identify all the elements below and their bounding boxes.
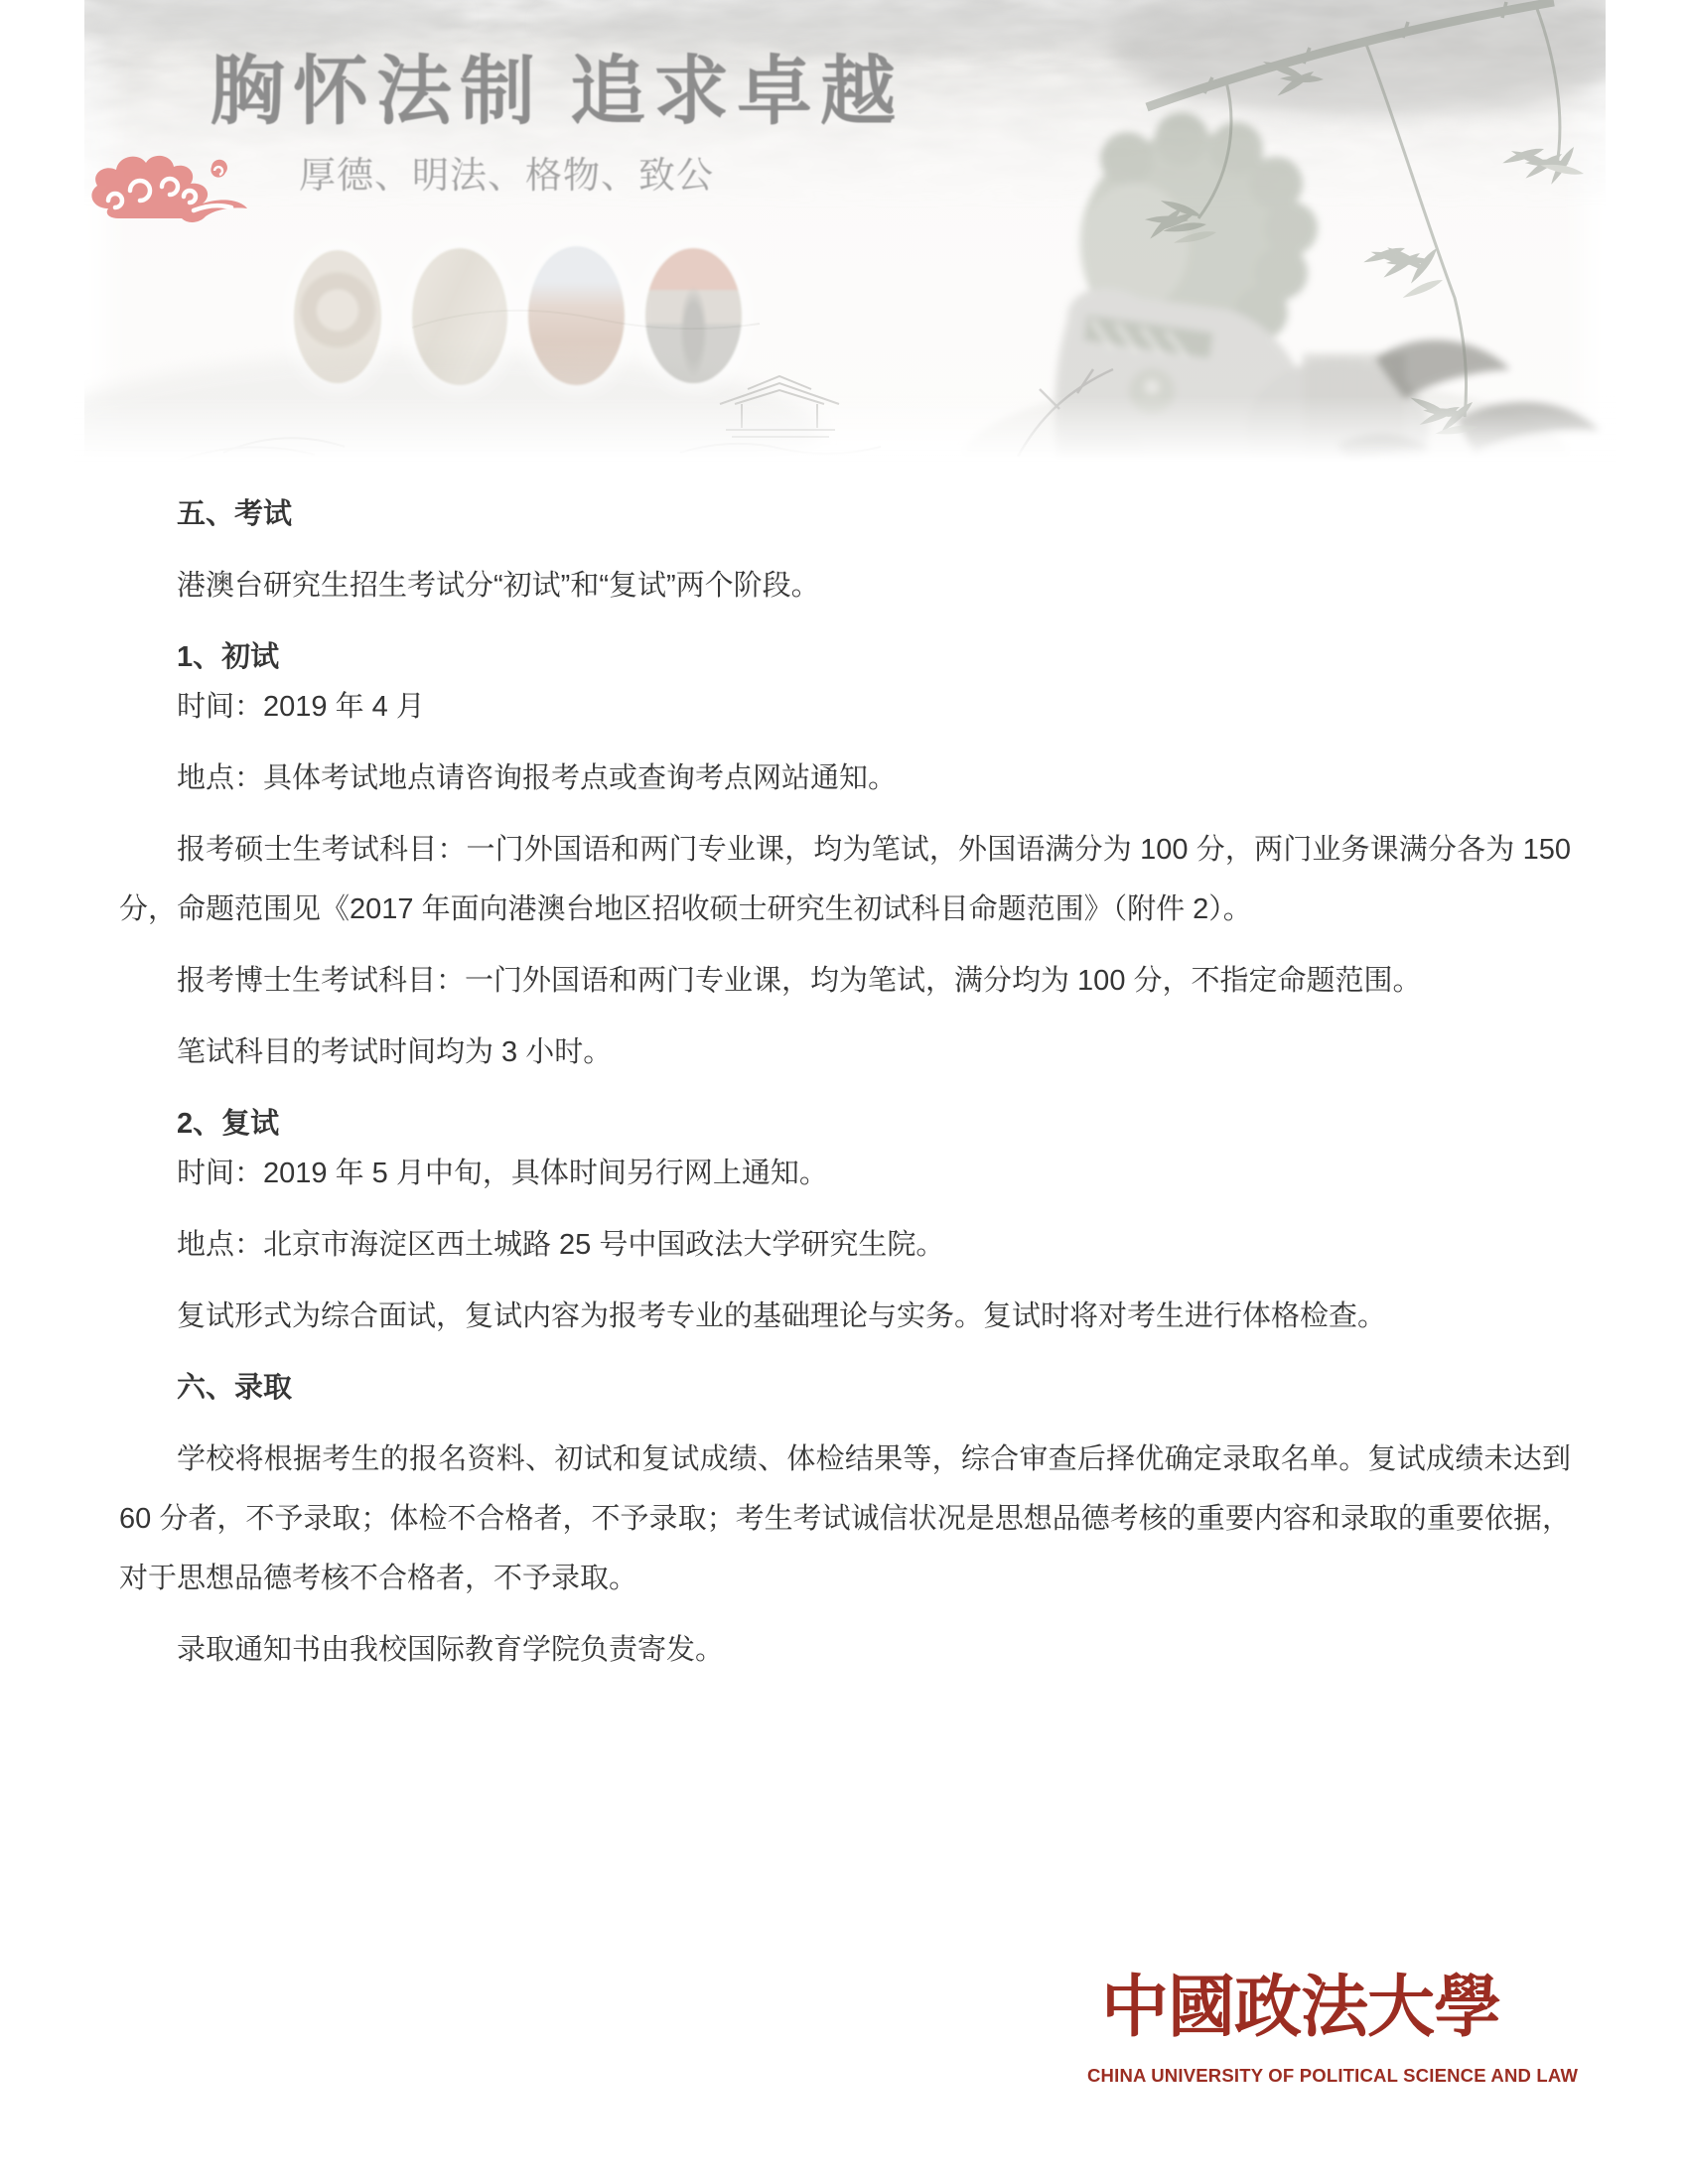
dark-leaves-image xyxy=(1337,340,1600,467)
section-heading-exam: 五、考试 xyxy=(119,484,1571,544)
paragraph: 学校将根据考生的报名资料、初试和复试成绩、体检结果等，综合审查后择优确定录取名单… xyxy=(119,1430,1571,1608)
campus-photo-emblem xyxy=(294,250,381,383)
university-logo-english-name: CHINA UNIVERSITY OF POLITICAL SCIENCE AN… xyxy=(1087,2065,1514,2087)
paragraph: 笔试科目的考试时间均为 3 小时。 xyxy=(119,1023,1571,1082)
paragraph: 录取通知书由我校国际教育学院负责寄发。 xyxy=(119,1620,1571,1680)
paragraph: 时间：2019 年 4 月 xyxy=(119,677,1571,737)
paragraph: 地点：具体考试地点请咨询报考点或查询考点网站通知。 xyxy=(119,749,1571,808)
campus-photo-statue xyxy=(645,248,742,383)
paragraph: 地点：北京市海淀区西土城路 25 号中国政法大学研究生院。 xyxy=(119,1215,1571,1275)
campus-photo-sculpture xyxy=(528,246,625,385)
header-banner: 胸怀法制 追求卓越 厚德、明法、格物、致公 xyxy=(84,0,1606,467)
document-body: 五、考试 港澳台研究生招生考试分“初试”和“复试”两个阶段。 1、初试 时间：2… xyxy=(0,467,1688,1692)
section-heading-admission: 六、录取 xyxy=(119,1358,1571,1418)
paragraph: 报考博士生考试科目：一门外国语和两门专业课，均为笔试，满分均为 100 分，不指… xyxy=(119,951,1571,1011)
document-page: 胸怀法制 追求卓越 厚德、明法、格物、致公 五、考试 港澳台研究生招生考试分“初… xyxy=(0,0,1688,2184)
paragraph: 时间：2019 年 5 月中旬，具体时间另行网上通知。 xyxy=(119,1144,1571,1203)
paragraph: 报考硕士生考试科目：一门外国语和两门专业课，均为笔试，外国语满分为 100 分，… xyxy=(119,820,1571,939)
university-logo: 中國政法大學 CHINA UNIVERSITY OF POLITICAL SCI… xyxy=(1087,1964,1514,2088)
banner-slogan-title: 胸怀法制 追求卓越 xyxy=(210,50,904,136)
banner-slogan-subtitle: 厚德、明法、格物、致公 xyxy=(299,157,714,194)
campus-photo-building xyxy=(412,248,507,385)
paragraph: 复试形式为综合面试，复试内容为报考专业的基础理论与实务。复试时将对考生进行体格检… xyxy=(119,1287,1571,1346)
paragraph: 港澳台研究生招生考试分“初试”和“复试”两个阶段。 xyxy=(119,556,1571,615)
university-logo-chinese-calligraphy: 中國政法大學 xyxy=(1087,1964,1514,2051)
